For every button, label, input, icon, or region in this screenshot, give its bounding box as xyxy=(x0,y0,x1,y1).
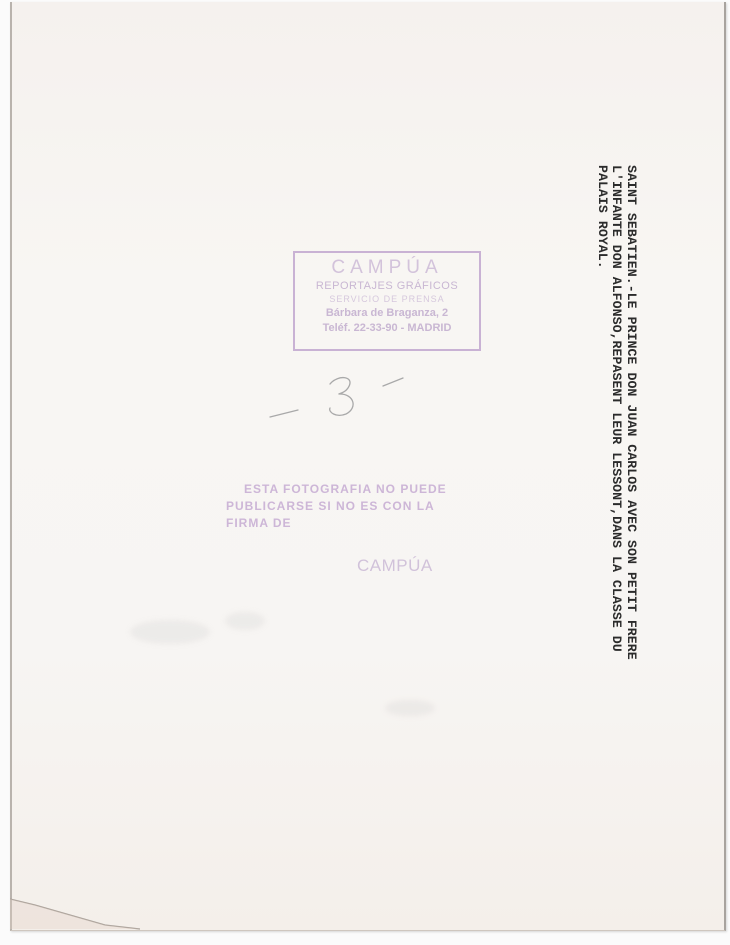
agency-stamp: CAMPÚA REPORTAJES GRÁFICOS SERVICIO DE P… xyxy=(293,251,481,351)
smudge xyxy=(225,612,265,630)
stamp-agency-phone: Teléf. 22-33-90 - MADRID xyxy=(295,322,479,334)
smudge xyxy=(130,620,210,644)
caption-line: L'INFANTE DON ALFONSO,REPASENT LEUR LESS… xyxy=(609,165,624,660)
notice-line: ESTA FOTOGRAFIA NO PUEDE xyxy=(226,481,476,498)
stamp-agency-service: SERVICIO DE PRENSA xyxy=(295,294,479,304)
typed-caption: SAINT SEBATIEN.-LE PRINCE DON JUAN CARLO… xyxy=(590,165,638,805)
corner-crease xyxy=(10,895,140,930)
notice-line: FIRMA DE xyxy=(226,515,476,532)
notice-line: PUBLICARSE SI NO ES CON LA xyxy=(226,498,476,515)
smudge xyxy=(385,700,435,716)
stamp-agency-name: CAMPÚA xyxy=(295,257,479,279)
stamp-agency-subtitle: REPORTAJES GRÁFICOS xyxy=(295,280,479,292)
copyright-notice-stamp: ESTA FOTOGRAFIA NO PUEDE PUBLICARSE SI N… xyxy=(226,481,476,532)
caption-line: SAINT SEBATIEN.-LE PRINCE DON JUAN CARLO… xyxy=(624,165,639,660)
stamp-agency-address: Bárbara de Braganza, 2 xyxy=(295,307,479,319)
handwritten-number: - 3 - xyxy=(268,372,408,422)
notice-brand: CAMPÚA xyxy=(357,556,433,576)
caption-line: PALAIS ROYAL. xyxy=(595,165,610,660)
